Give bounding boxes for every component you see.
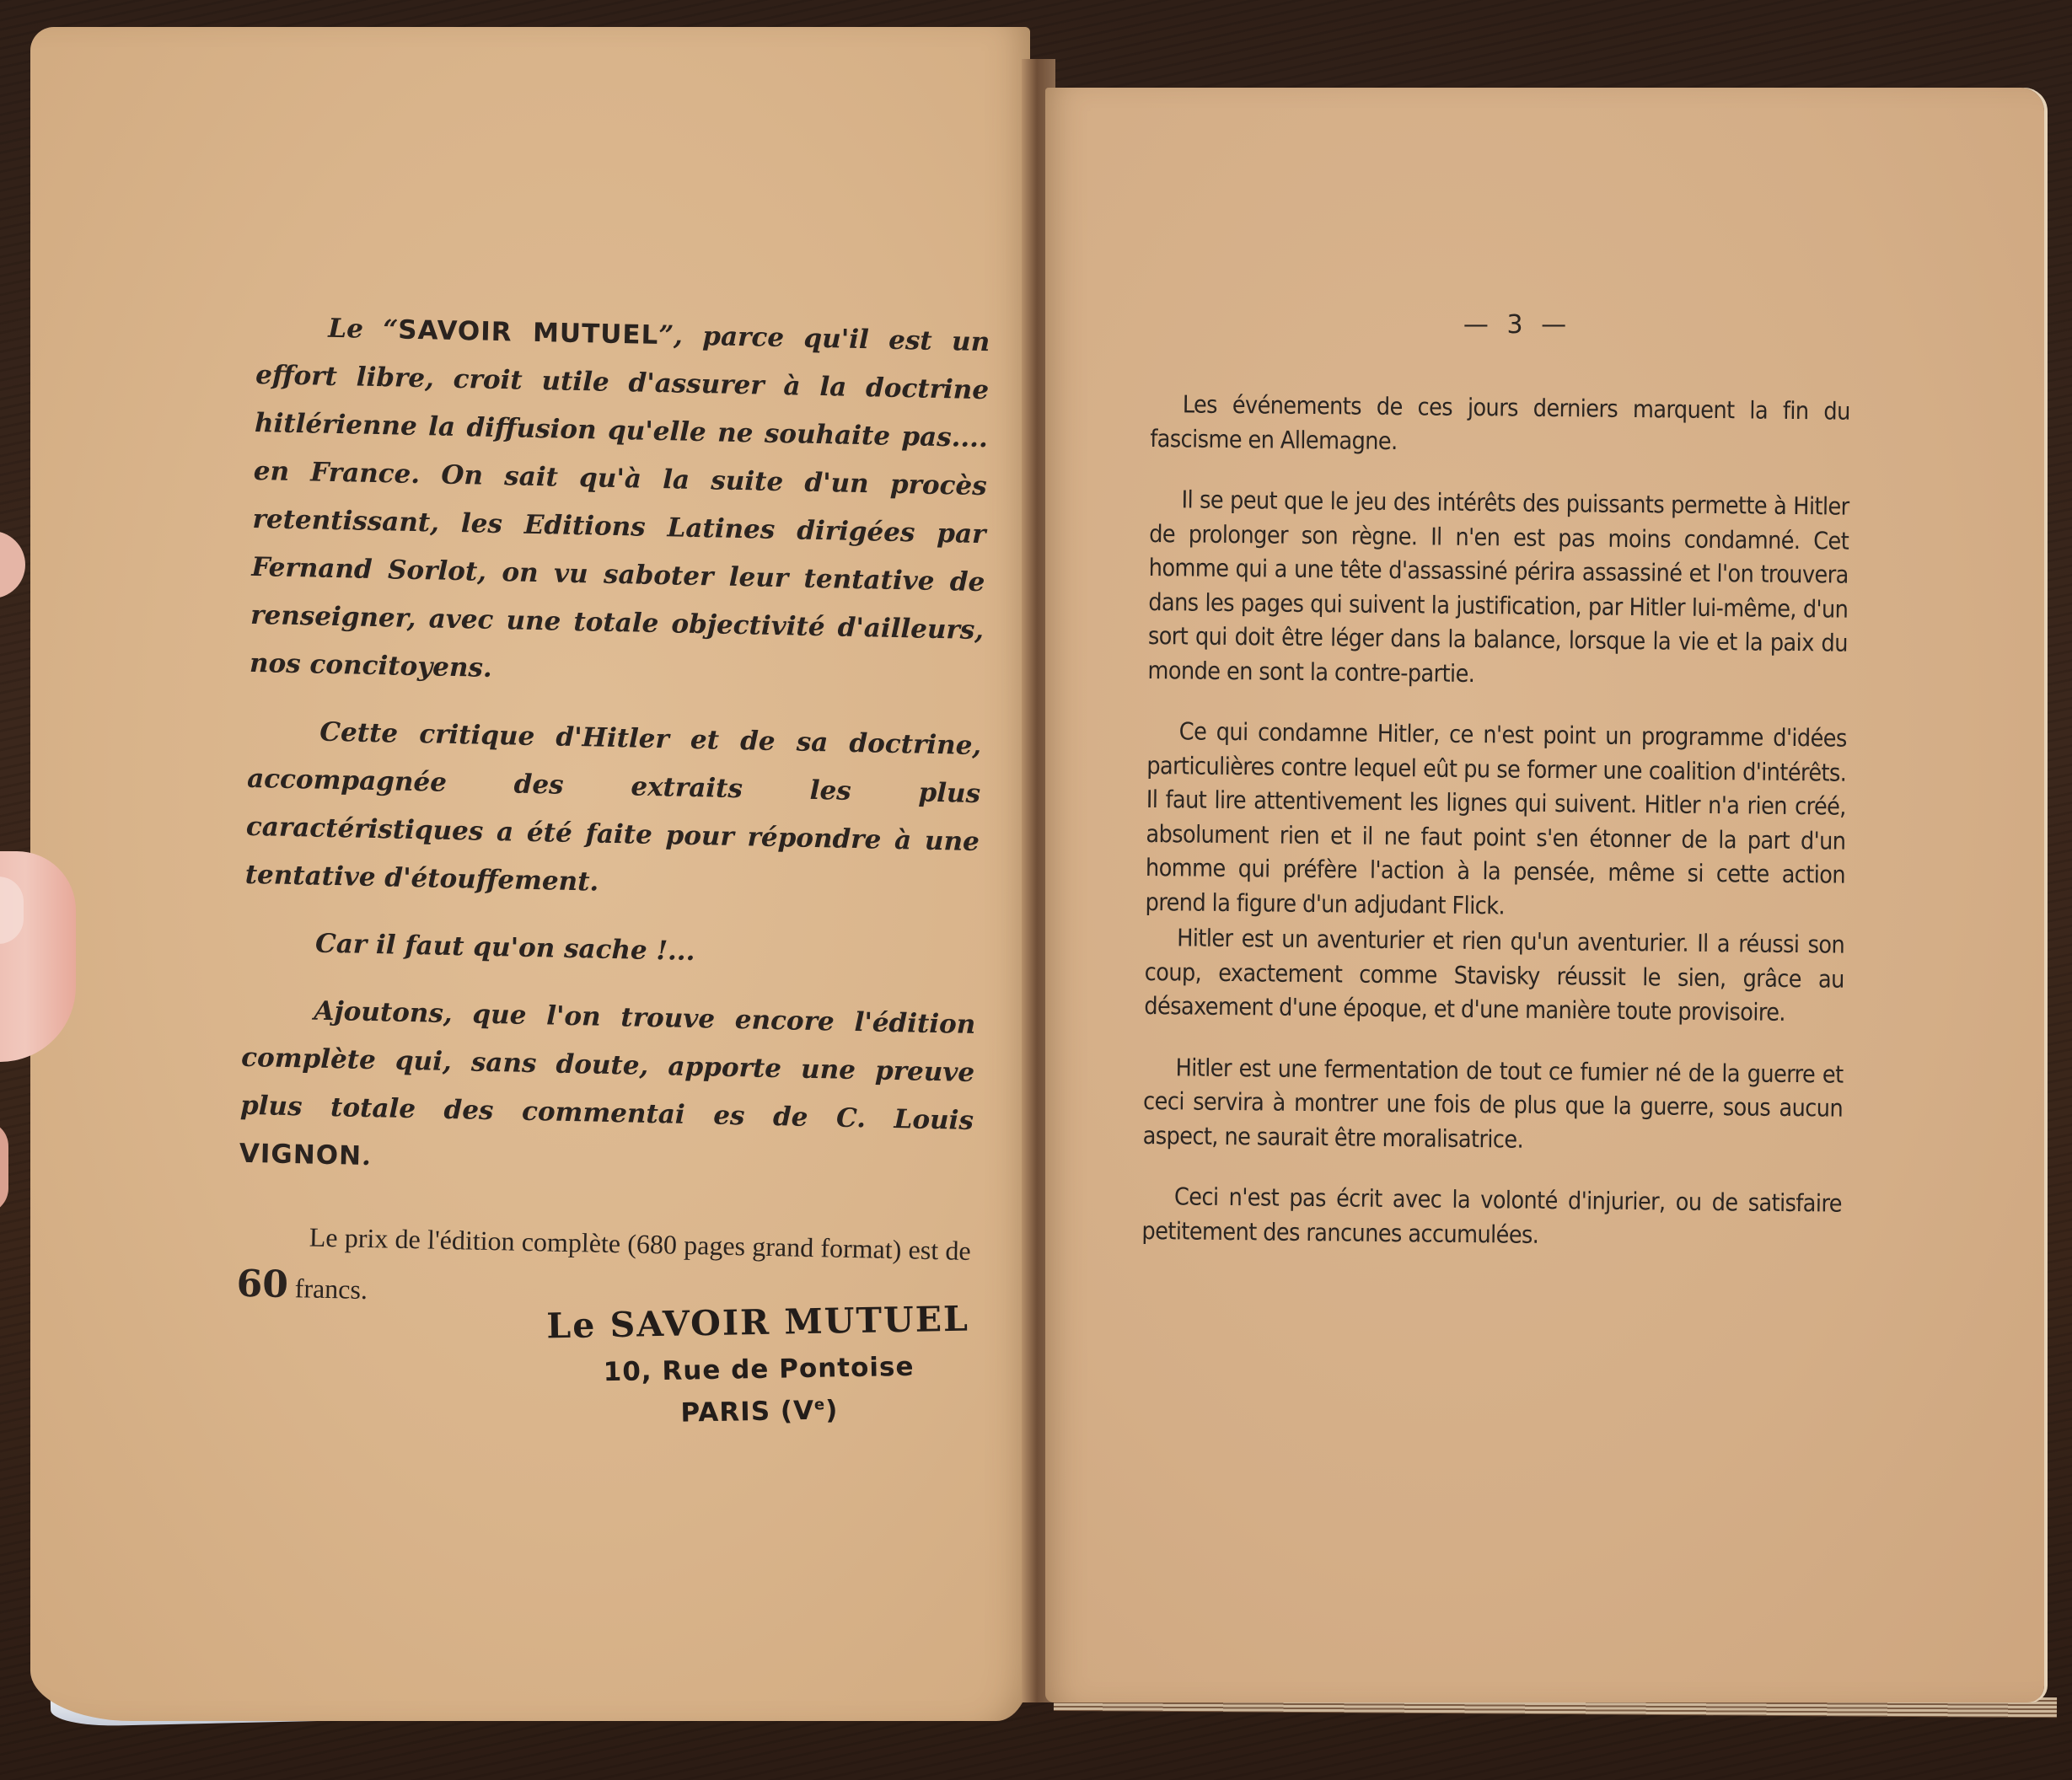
price-amount: 60: [236, 1263, 288, 1306]
paragraph-edition: Ajoutons, que l'on trouve encore l'éditi…: [239, 986, 976, 1193]
publisher-name-inline: SAVOIR MUTUEL: [398, 315, 659, 351]
publisher-name: Le SAVOIR MUTUEL: [539, 1298, 978, 1346]
paragraph-fermentation: Hitler est une fermentation de tout ce f…: [1142, 1050, 1843, 1160]
paragraph-not-insult: Ceci n'est pas écrit avec la volonté d'i…: [1141, 1180, 1842, 1256]
edition-end: .: [362, 1141, 372, 1171]
paragraph-critique: Cette critique d'Hitler et de sa doctrin…: [244, 707, 982, 914]
finger-upper: [0, 531, 25, 598]
paragraph-intro: Le “SAVOIR MUTUEL”, parce qu'il est un e…: [249, 303, 990, 703]
publisher-imprint: Le SAVOIR MUTUEL 10, Rue de Pontoise PAR…: [539, 1298, 980, 1430]
right-page-body: Les événements de ces jours derniers mar…: [1141, 388, 1850, 1283]
finger-lower: [0, 1121, 8, 1214]
paragraph-condemned: Il se peut que le jeu des intérêts des p…: [1147, 483, 1849, 695]
price-before: Le prix de l'édition complète (680 pages…: [309, 1222, 971, 1266]
paragraph-exclamation: Car il faut qu'on sache !...: [244, 919, 978, 982]
page-number: — 3 —: [1433, 310, 1602, 340]
intro-lead: Le “: [328, 314, 399, 346]
city-end: ): [825, 1395, 839, 1425]
left-page-body: Le “SAVOIR MUTUEL”, parce qu'il est un e…: [235, 303, 990, 1346]
city-text: PARIS (V: [680, 1396, 814, 1429]
paragraph-events: Les événements de ces jours derniers mar…: [1150, 388, 1850, 464]
paragraph-adventurer: Hitler est un aventurier et rien qu'un a…: [1144, 921, 1844, 1031]
city-superscript: e: [814, 1396, 826, 1413]
price-after: francs.: [287, 1273, 368, 1305]
author-surname: VIGNON: [239, 1139, 362, 1171]
publisher-street: 10, Rue de Pontoise: [539, 1350, 979, 1388]
edition-text: Ajoutons, que l'on trouve encore l'éditi…: [240, 996, 976, 1136]
paragraph-no-program: Ce qui condamne Hitler, ce n'est point u…: [1145, 715, 1846, 927]
intro-rest: ”, parce qu'il est un effort libre, croi…: [250, 320, 990, 684]
